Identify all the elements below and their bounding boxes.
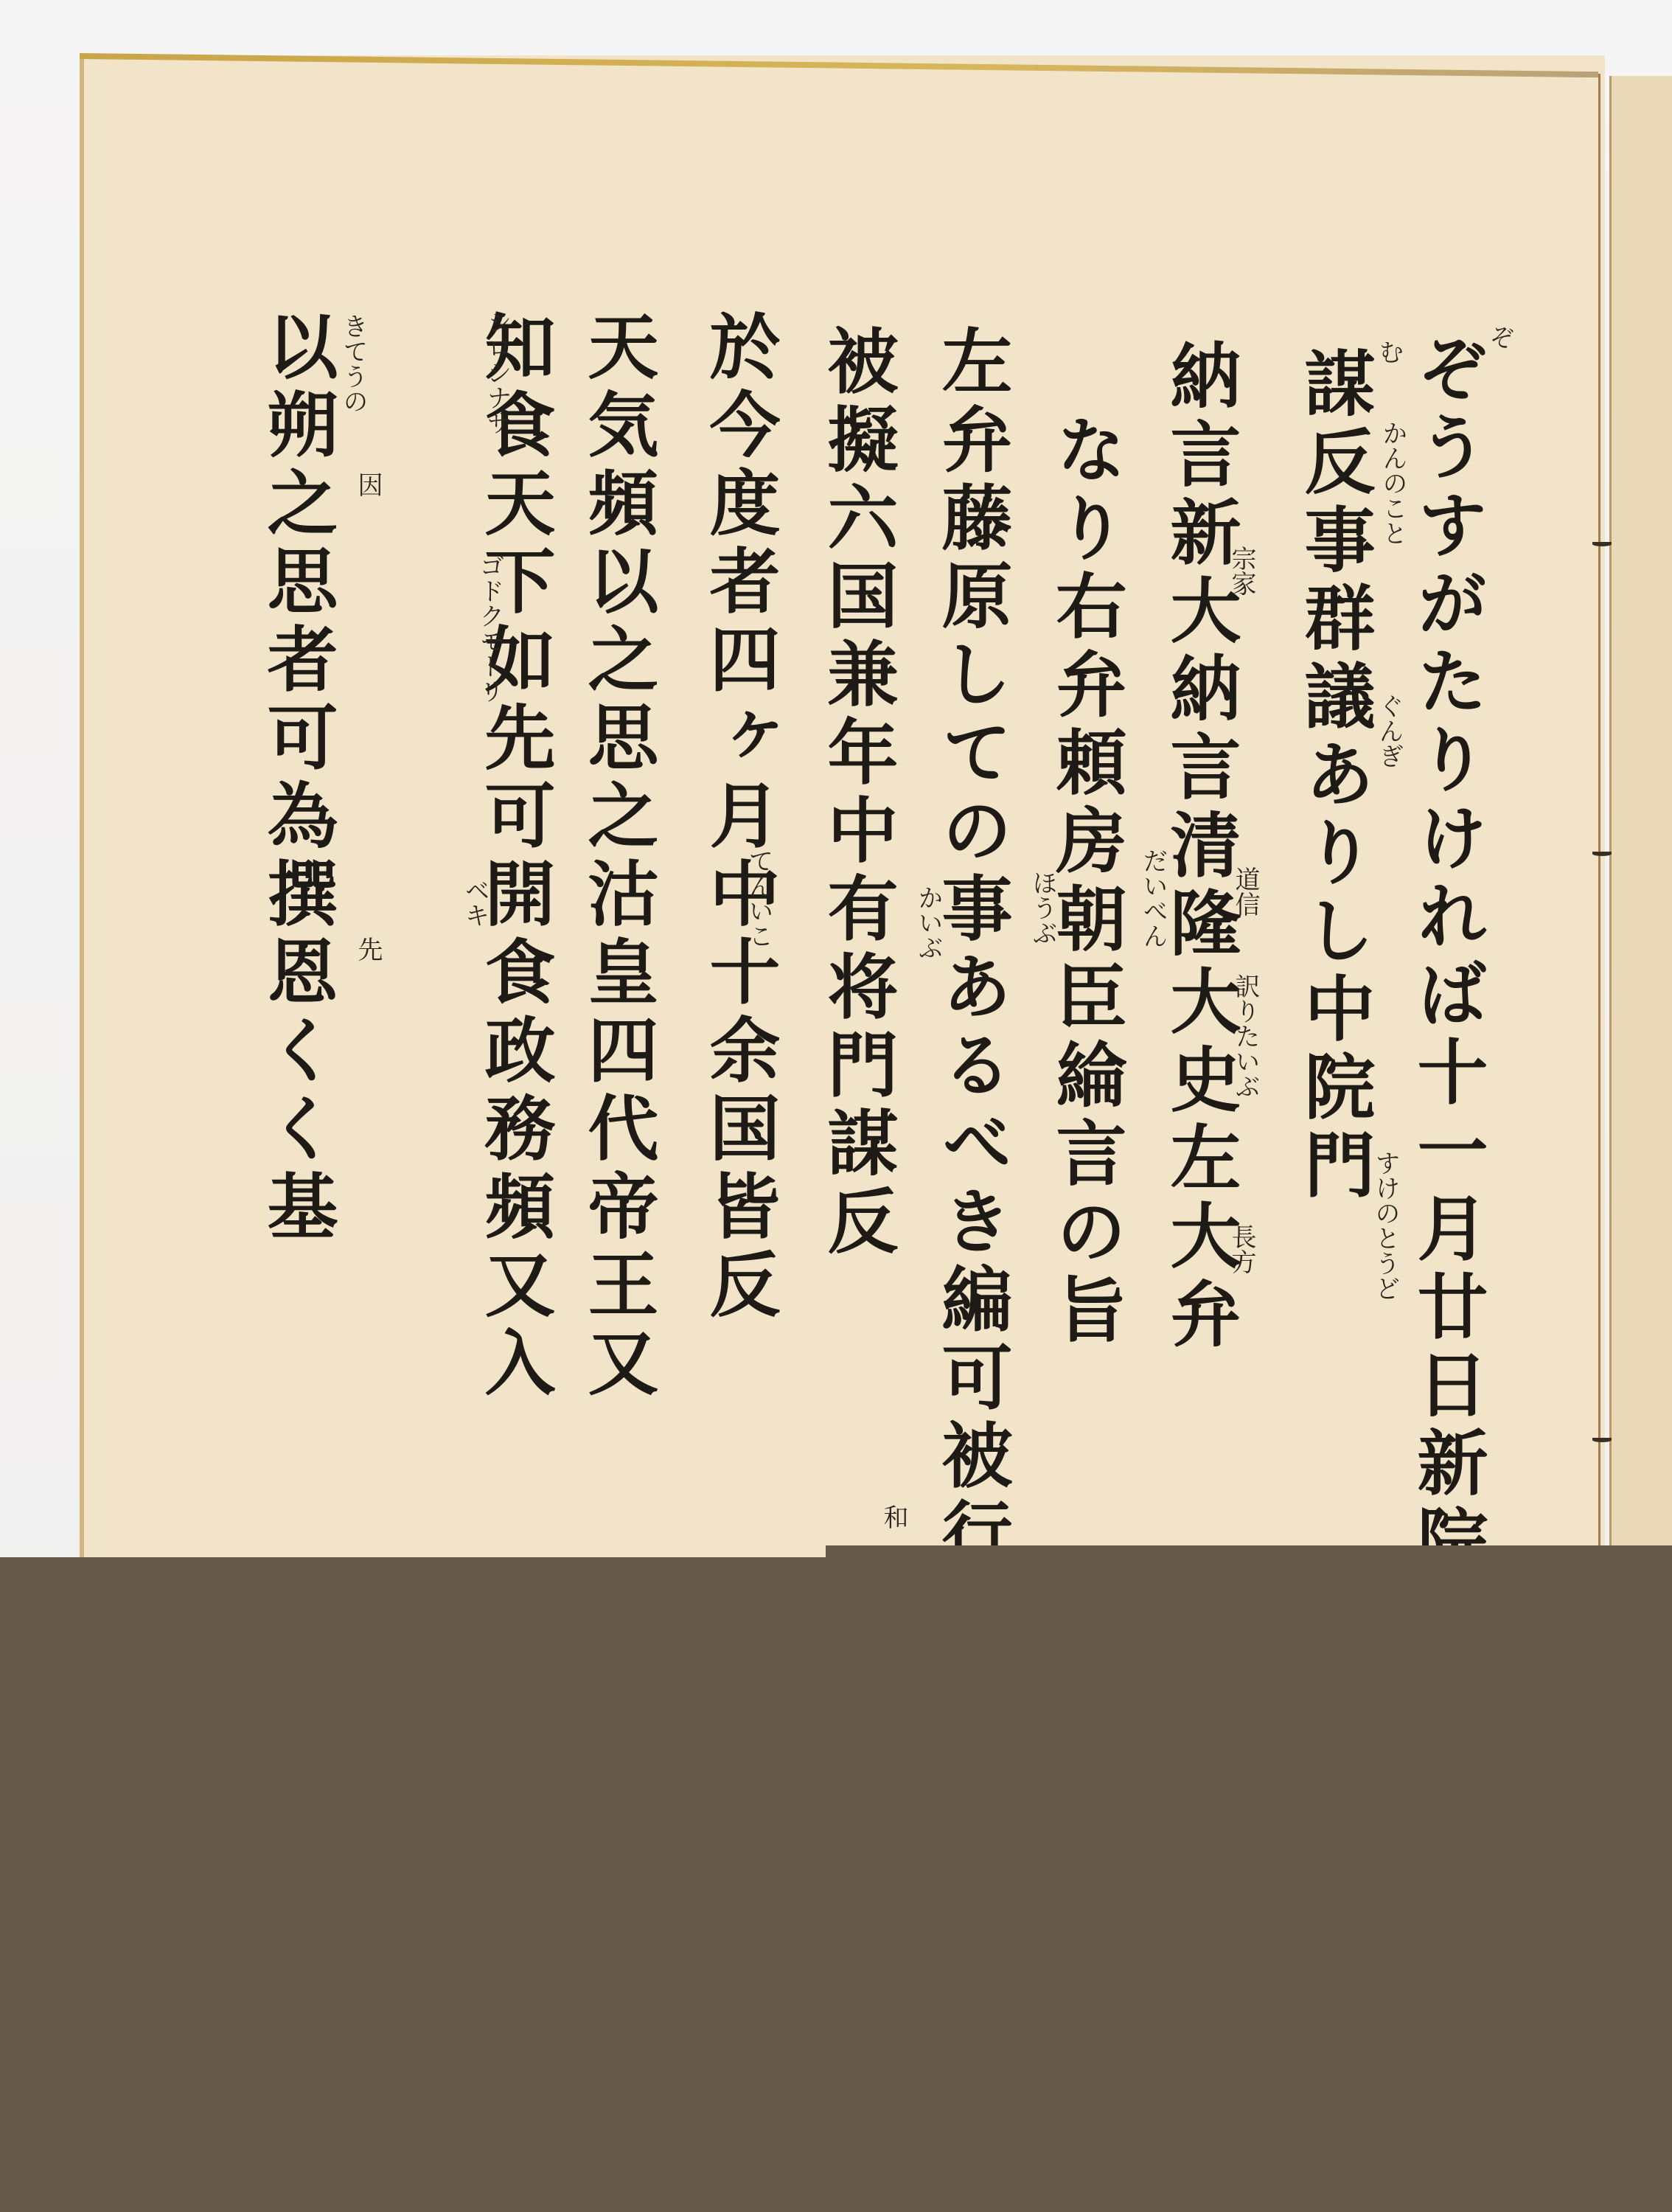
annotation: 和	[876, 1504, 912, 1529]
redaction-overlay-right	[826, 1545, 1672, 2212]
furigana: ぐんぎ	[1371, 693, 1407, 768]
text-column-5: 左弁藤原しての事あるべき編可被行	[936, 324, 1007, 1575]
furigana: すけのとうど	[1368, 1150, 1404, 1301]
furigana: ぞ	[1482, 324, 1518, 349]
furigana: かいぶ	[910, 885, 947, 960]
text-column-4: なり右弁頼房朝臣綸言の旨	[1051, 413, 1121, 1351]
text-column-7: 於今度者四ヶ月中十余国皆反	[704, 310, 775, 1326]
text-column-3: 納言新大納言清隆大史左大弁	[1165, 339, 1236, 1355]
furigana: ほうぶ	[1025, 870, 1061, 945]
furigana: かんのこと	[1375, 420, 1411, 546]
furigana: だいべん	[1135, 848, 1171, 948]
text-column-10: 以朔之思者可為撰恩くく基	[262, 310, 332, 1248]
adjacent-page-edge	[1609, 76, 1672, 1624]
furigana: ゴドクモトリ	[472, 553, 508, 703]
furigana: てんいこ	[741, 848, 777, 948]
furigana: む	[1371, 339, 1407, 364]
annotation: 因	[350, 472, 386, 497]
binding-stitch	[1592, 852, 1612, 856]
binding-fold	[1598, 74, 1600, 1548]
redaction-overlay-left	[0, 1557, 826, 2212]
binding-stitch	[1592, 542, 1612, 546]
annotation: 訳りたいぶ	[1227, 973, 1264, 1099]
annotation: 宗家	[1224, 546, 1260, 596]
text-column-6: 被擬六国兼年中有将門謀反	[822, 324, 893, 1262]
text-column-8: 天気頻以之思之沽皇四代帝王又	[582, 310, 653, 1404]
furigana: ベキ	[457, 877, 493, 928]
text-column-9: 知食天下如先可開食政務頻又入	[479, 310, 550, 1404]
text-column-2: 謀反事群議ありし中院門	[1299, 347, 1370, 1206]
annotation: 長方	[1224, 1224, 1260, 1274]
furigana: シロシナサ	[479, 310, 515, 435]
annotation: 道信	[1227, 866, 1264, 917]
text-column-1: ぞうすがたりければ十一月廿日新院の御	[1412, 332, 1483, 1739]
furigana: きてうの	[335, 313, 372, 414]
binding-stitch	[1592, 1438, 1612, 1442]
annotation: 先	[350, 936, 386, 961]
